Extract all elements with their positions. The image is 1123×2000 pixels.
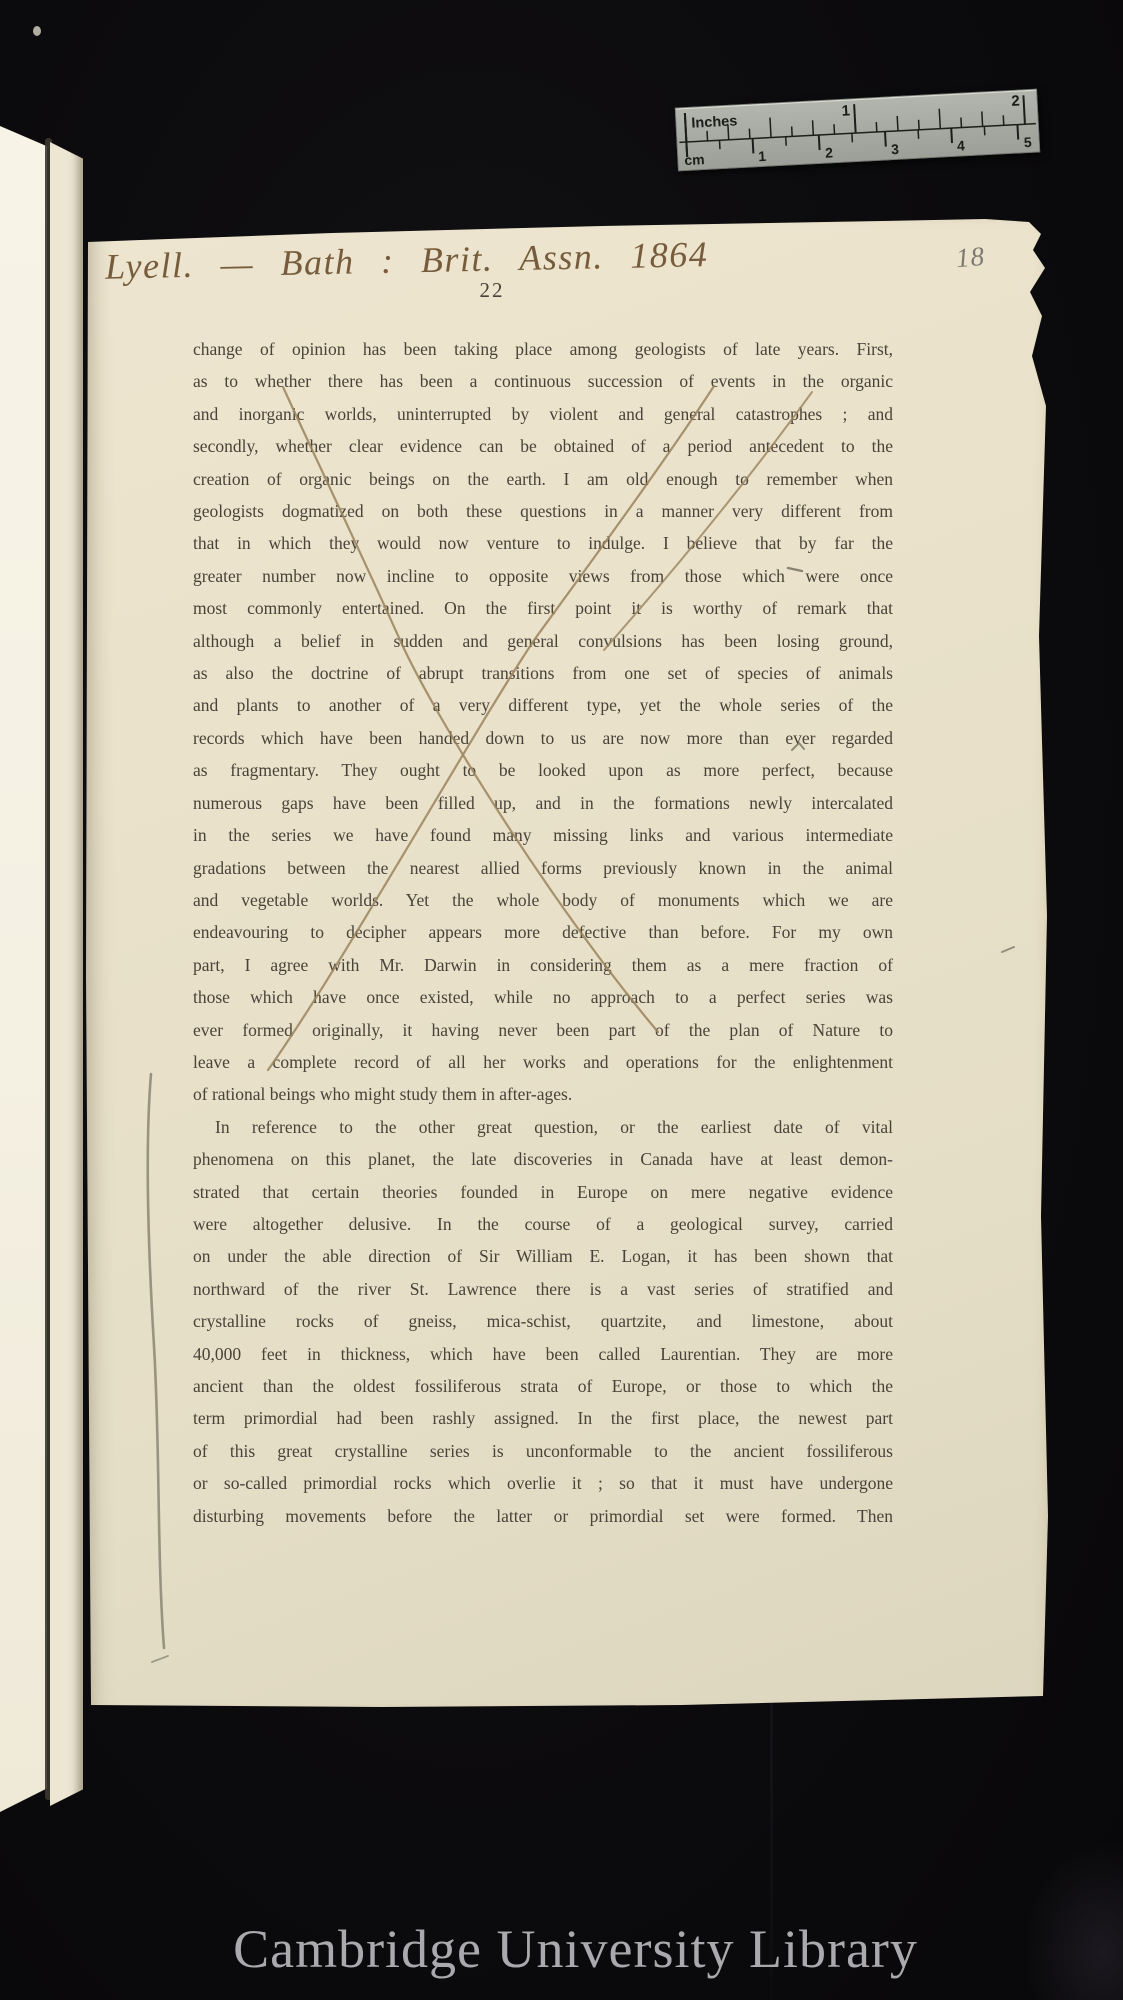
printed-page-number: 22 xyxy=(462,278,522,303)
text-line: northward of the river St. Lawrence ther… xyxy=(193,1273,893,1305)
text-line: or so-called primordial rocks which over… xyxy=(193,1467,893,1499)
text-line: In reference to the other great question… xyxy=(193,1111,893,1143)
text-line: that in which they would now venture to … xyxy=(193,527,893,559)
ruler-inch-number-2: 2 xyxy=(1011,92,1020,109)
text-line: in the series we have found many missing… xyxy=(193,819,893,851)
book-page: Lyell. — Bath : Brit. Assn. 1864 18 22 c… xyxy=(82,216,1052,1712)
text-line: part, I agree with Mr. Darwin in conside… xyxy=(193,949,893,981)
printed-text-block: change of opinion has been taking place … xyxy=(193,333,893,1532)
text-line: term primordial had been rashly assigned… xyxy=(193,1402,893,1434)
text-line: gradations between the nearest allied fo… xyxy=(193,852,893,884)
ruler-inches-label: Inches xyxy=(691,113,738,131)
text-line: and vegetable worlds. Yet the whole body… xyxy=(193,884,893,916)
text-line: phenomena on this planet, the late disco… xyxy=(193,1143,893,1175)
ruler-inch-number-1: 1 xyxy=(841,102,850,119)
text-line: records which have been handed down to u… xyxy=(193,722,893,754)
paragraph-2: In reference to the other great question… xyxy=(193,1111,893,1532)
dust-speck xyxy=(33,26,41,36)
text-line: of rational beings who might study them … xyxy=(193,1078,893,1110)
text-line: most commonly entertained. On the first … xyxy=(193,592,893,624)
ruler-cm-label: cm xyxy=(684,151,705,168)
paragraph-1: change of opinion has been taking place … xyxy=(193,333,893,1111)
text-line: numerous gaps have been filled up, and i… xyxy=(193,787,893,819)
text-line: creation of organic beings on the earth.… xyxy=(193,463,893,495)
text-line: of this great crystalline series is unco… xyxy=(193,1435,893,1467)
ruler-cm-number-3: 3 xyxy=(891,141,900,157)
text-line: as to whether there has been a continuou… xyxy=(193,365,893,397)
pencil-margin-line-hook xyxy=(152,1656,168,1662)
text-line: endeavouring to decipher appears more de… xyxy=(193,916,893,948)
ruler-cm-number-5: 5 xyxy=(1023,134,1032,150)
text-line: leave a complete record of all her works… xyxy=(193,1046,893,1078)
text-line: disturbing movements before the latter o… xyxy=(193,1500,893,1532)
text-line: as also the doctrine of abrupt transitio… xyxy=(193,657,893,689)
text-line: were altogether delusive. In the course … xyxy=(193,1208,893,1240)
text-line: on under the able direction of Sir Willi… xyxy=(193,1240,893,1272)
text-line: although a belief in sudden and general … xyxy=(193,625,893,657)
text-line: crystalline rocks of gneiss, mica-schist… xyxy=(193,1305,893,1337)
text-line: geologists dogmatized on both these ques… xyxy=(193,495,893,527)
text-line: greater number now incline to opposite v… xyxy=(193,560,893,592)
ruler-cm-number-4: 4 xyxy=(957,137,966,153)
library-watermark: Cambridge University Library xyxy=(0,1918,1123,1980)
underlying-page-edge-inner xyxy=(50,142,83,1806)
text-line: as fragmentary. They ought to be looked … xyxy=(193,754,893,786)
pencil-margin-line xyxy=(148,1074,164,1648)
ruler-cm-number-2: 2 xyxy=(825,144,834,160)
text-line: strated that certain theories founded in… xyxy=(193,1176,893,1208)
text-line: secondly, whether clear evidence can be … xyxy=(193,430,893,462)
underlying-page-edge-outer xyxy=(0,126,47,1812)
ruler-cm-number-1: 1 xyxy=(758,148,767,164)
page-corner-pencil-number: 18 xyxy=(955,241,987,274)
text-line: those which have once existed, while no … xyxy=(193,981,893,1013)
text-line: change of opinion has been taking place … xyxy=(193,333,893,365)
text-line: ever formed originally, it having never … xyxy=(193,1014,893,1046)
text-line: and plants to another of a very differen… xyxy=(193,689,893,721)
text-line: ancient than the oldest fossiliferous st… xyxy=(193,1370,893,1402)
text-line: and inorganic worlds, uninterrupted by v… xyxy=(193,398,893,430)
text-line: 40,000 feet in thickness, which have bee… xyxy=(193,1338,893,1370)
pencil-right-margin-tick xyxy=(1002,947,1014,952)
